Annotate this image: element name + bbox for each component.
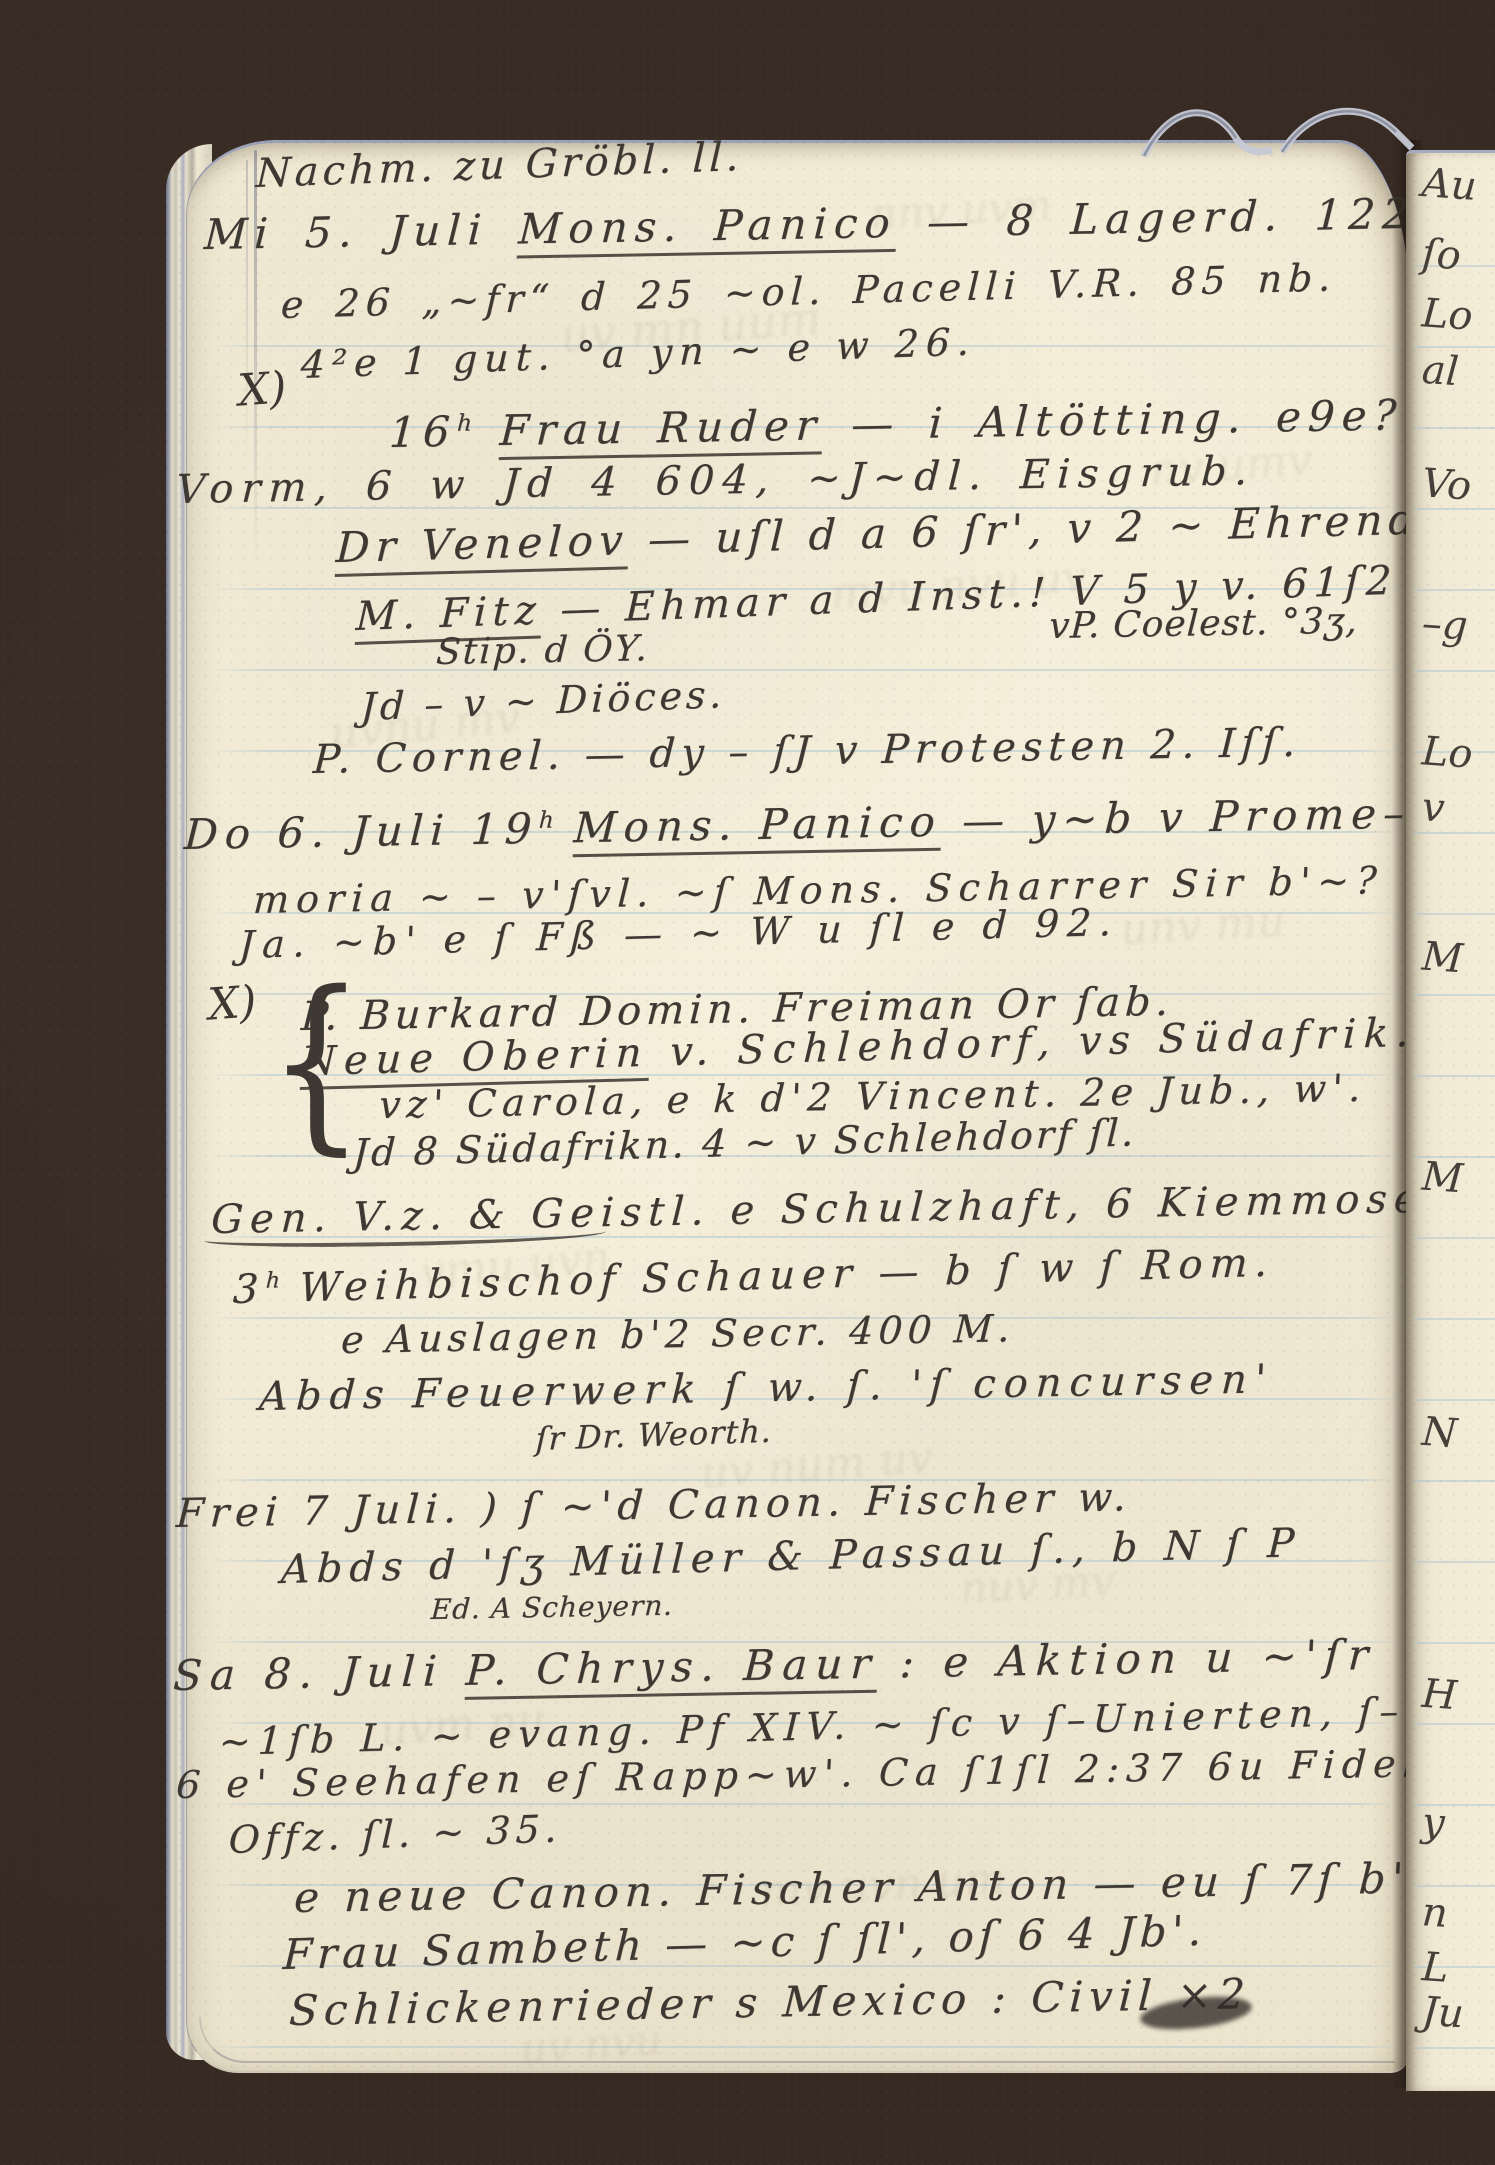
handwriting-line: vP. Coelest. °3ʒ, [1048,602,1359,647]
next-page-fragment: M [1421,1157,1465,1200]
ruled-line [1414,1885,1495,1887]
ruled-line [1414,2047,1495,2049]
next-page-fragment: Vo [1421,463,1473,506]
ruled-line [1414,1561,1495,1563]
handwriting-line: 3h Weihbischof Schauer — b ſ w ſ Rom. [232,1241,1275,1312]
handwriting-segment: e 26 „~fr“ d 25 ~ol. Pacelli V.R. 85 nb. [280,255,1337,327]
handwriting-segment: vP. Coelest. °3ʒ, [1048,601,1359,647]
handwriting-segment: Abds Feuerwerk ſ w. ſ. 'ſ concursen' [258,1356,1275,1420]
next-page-fragment: N [1421,1412,1459,1454]
handwriting-segment: P. Chrys. Baur [464,1639,880,1700]
handwriting-segment: 3 [232,1266,266,1313]
next-page-fragment: Lo [1421,293,1474,336]
ruled-line [1414,994,1495,996]
handwriting-segment [470,406,501,456]
next-page-fragment: H [1421,1674,1459,1716]
ruled-line [1414,1075,1495,1077]
handwriting-line: 16h Frau Ruder — i Altötting. e9e? [388,392,1404,456]
handwriting-segment: Mons. Panico [517,198,898,259]
handwriting-segment: Jd – v ~ Diöces. [360,672,726,729]
handwriting-layer: Nachm. zu Gröbl. ll.Mi 5. Juli Mons. Pan… [0,0,1495,2165]
handwriting-line: e 26 „~fr“ d 25 ~ol. Pacelli V.R. 85 nb. [280,257,1337,326]
handwriting-segment [552,803,575,852]
handwriting-line: Sa 8. Juli P. Chrys. Baur : e Aktion u ~… [172,1632,1377,1699]
handwriting-line: Ed. A Scheyern. [430,1591,674,1626]
handwriting-segment: Stip. d ÖY. [435,628,650,673]
ruled-line [1414,589,1495,591]
ruled-line [1414,1399,1495,1401]
handwriting-line: Mi 5. Juli Mons. Panico — 8 Lagerd. 122 [203,191,1417,258]
margin-brace: { [268,972,365,1153]
handwriting-line: Frei 7 Juli. ) ſ ~'d Canon. Fischer w. [175,1475,1133,1536]
handwriting-segment: — y~b v Prome– [941,789,1413,846]
handwriting-segment: Frau Ruder [498,400,824,460]
handwriting-line: P. Cornel. — dy – ſJ v Protesten 2. Iſſ. [312,721,1303,782]
next-page-fragment: al [1421,350,1460,392]
handwriting-segment: e neue Canon. Fischer Anton — eu ſ 7ſ b' [293,1853,1411,1922]
handwriting-segment: Ed. A Scheyern. [430,1589,674,1626]
handwriting-segment: e Auslagen b'2 Secr. 400 M. [340,1306,1016,1362]
handwriting-segment: — 8 Lagerd. 122 [895,189,1417,247]
ruled-line [1414,1237,1495,1239]
handwriting-segment: ſr Dr. Weorth. [535,1412,773,1458]
handwriting-segment: h [538,808,554,834]
ruled-line [1414,1480,1495,1482]
handwriting-segment: Offz. ſl. ~ 35. [228,1806,563,1862]
handwriting-segment: Weihbischof Schauer — b ſ w ſ Rom. [279,1240,1276,1312]
ruled-line [1414,832,1495,834]
handwriting-line: Do 6. Juli 19h Mons. Panico — y~b v Prom… [183,791,1412,859]
margin-mark-x: X) [207,980,258,1027]
ruled-line [1414,1642,1495,1644]
handwriting-segment: — i Altötting. e9e? [822,390,1405,449]
photo-background: uv mn uumnnv uvmuvnu mvmvu nvu uvunv mun… [0,0,1495,2165]
margin-mark-x: X) [237,366,288,413]
handwriting-segment: Dr Venelov [335,515,630,577]
handwriting-line: Schlickenrieder s Mexico : Civil ×2 [288,1971,1252,2034]
handwriting-segment: Mi 5. Juli [203,204,520,259]
handwriting-line: 4²e 1 gut. °a yn ~ e w 26. [300,321,977,386]
handwriting-segment: 4²e 1 gut. °a yn ~ e w 26. [300,319,977,387]
next-page-sliver: AuſoLoalVo–gLovMMNHynLJu [1406,150,1495,2091]
next-page-fragment: y [1421,1802,1446,1843]
next-page-fragment: n [1421,1892,1449,1934]
handwriting-line: Offz. ſl. ~ 35. [228,1808,562,1862]
handwriting-segment: 16 [388,407,458,457]
ruled-line [1414,670,1495,672]
handwriting-segment: h [265,1268,280,1293]
handwriting-line: Stip. d ÖY. [435,629,650,672]
next-page-fragment: ſo [1421,234,1463,277]
handwriting-segment: P. Cornel. — dy – ſJ v Protesten 2. Iſſ. [312,720,1303,783]
next-page-fragment: Au [1421,163,1478,207]
ruled-line [1414,427,1495,429]
next-page-fragment: Lo [1421,731,1474,774]
next-page-fragment: Ju [1421,1992,1465,2035]
handwriting-line: ſr Dr. Weorth. [535,1414,773,1458]
next-page-fragment: L [1421,1947,1450,1989]
handwriting-segment: Do 6. Juli 19 [183,804,540,859]
handwriting-line: Abds Feuerwerk ſ w. ſ. 'ſ concursen' [258,1357,1275,1419]
next-page-fragment: M [1421,937,1465,980]
handwriting-segment: Schlickenrieder s Mexico : Civil ×2 [288,1969,1252,2035]
handwriting-segment: : e Aktion u ~'ſr [877,1630,1377,1688]
next-page-fragment: v [1421,787,1446,828]
ruled-line [1414,913,1495,915]
handwriting-segment: Mons. Panico [572,797,943,857]
ruled-line [1414,1723,1495,1725]
handwriting-line: e neue Canon. Fischer Anton — eu ſ 7ſ b' [293,1855,1410,1921]
handwriting-segment: Sa 8. Juli [172,1646,467,1700]
ruled-line [1414,1318,1495,1320]
handwriting-segment: — uſl d a 6 ſr', v 2 ~ Ehrend' [628,494,1440,564]
page-curl-icon [1130,92,1430,176]
handwriting-line: Jd – v ~ Diöces. [360,674,726,729]
next-page-fragment: –g [1421,603,1469,646]
handwriting-line: Nachm. zu Gröbl. ll. [255,135,743,196]
handwriting-segment: Nachm. zu Gröbl. ll. [255,134,744,197]
handwriting-line: e Auslagen b'2 Secr. 400 M. [340,1308,1016,1362]
